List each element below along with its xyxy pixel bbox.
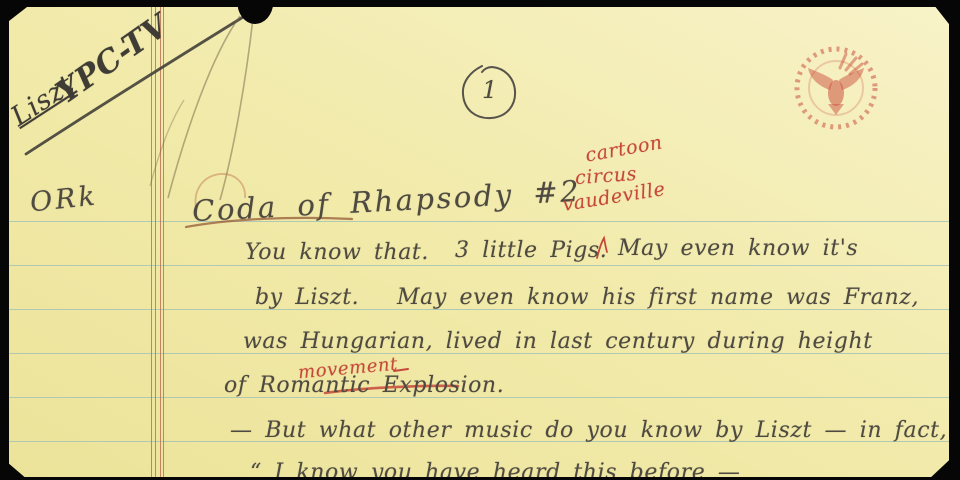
scan-corner-bottom-right (928, 450, 960, 480)
scan-edge-left (0, 0, 9, 480)
scanned-manuscript-page: Liszt YPC-TV ORk 1 Coda of Rhapsody #2 c… (0, 0, 960, 480)
page-number: 1 (482, 76, 498, 104)
margin-rule-line (155, 0, 156, 480)
body-line-4-prefix: of Romantic (224, 373, 383, 398)
body-line-4-period: . (497, 373, 505, 398)
body-line-1c: May even know it's (618, 236, 858, 261)
body-line-1b: 3 little Pigs. (455, 238, 607, 263)
scan-corner-top-right (930, 0, 960, 38)
margin-rule-line (151, 0, 152, 480)
body-line-1a: You know that. (245, 240, 429, 265)
ruled-line (8, 265, 952, 266)
body-line-2: by Liszt. May even know his first name w… (255, 285, 919, 310)
scan-edge-top (0, 0, 960, 7)
scan-edge-right (949, 0, 960, 480)
body-line-5: — But what other music do you know by Li… (230, 418, 947, 443)
body-line-3: was Hungarian, lived in last century dur… (243, 329, 873, 354)
struck-word: Explosion (383, 373, 497, 398)
margin-rule-line (163, 0, 164, 480)
body-line-4: of Romantic Explosion. (224, 373, 504, 398)
ruled-line (8, 221, 952, 222)
scan-corner-top-left (0, 0, 36, 28)
margin-rule-line (160, 0, 161, 480)
scan-corner-bottom-left (0, 456, 28, 480)
